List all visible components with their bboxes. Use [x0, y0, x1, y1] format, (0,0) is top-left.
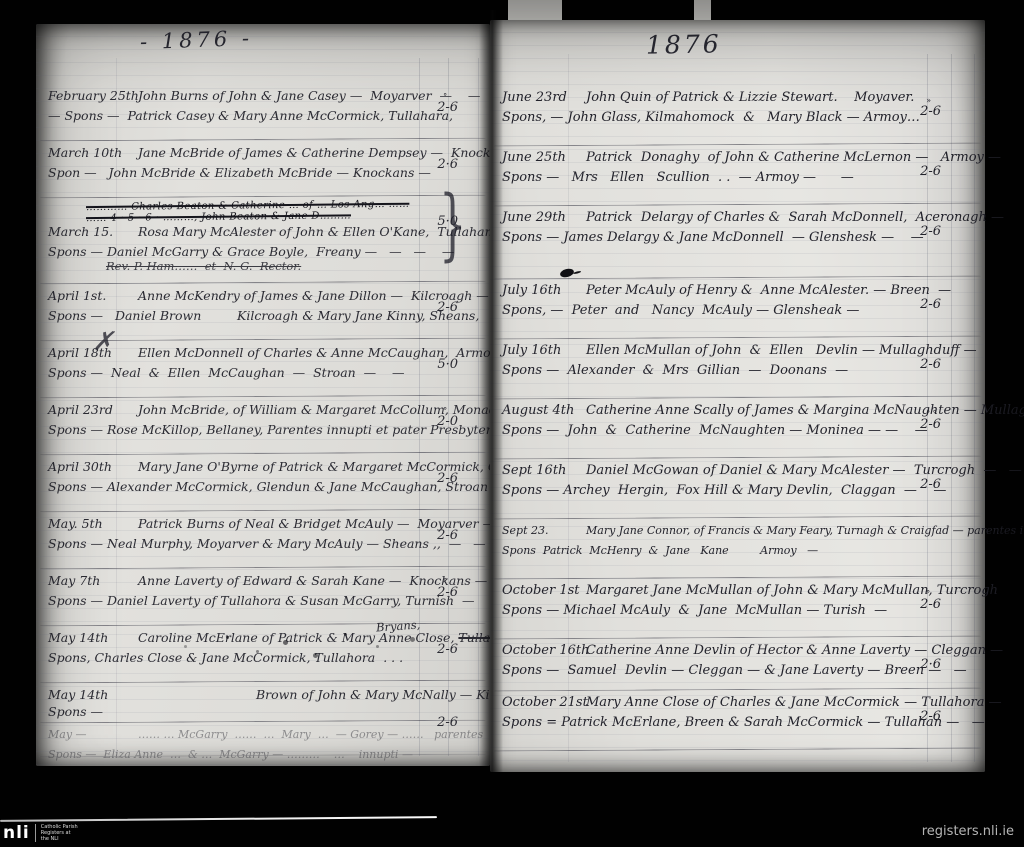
- entry-date: March 10th: [48, 145, 138, 160]
- entry-line-1: April 30thMary Jane O'Byrne of Patrick &…: [48, 457, 482, 474]
- entry-line-2: Spons — Alexander & Mrs Gillian — Doonan…: [502, 358, 977, 378]
- entry-line-1: July 16thEllen McMullan of John & Ellen …: [502, 341, 977, 358]
- entry-line-1: May 7thAnne Laverty of Edward & Sarah Ka…: [48, 571, 482, 588]
- entry-date: May 7th: [48, 573, 138, 588]
- fee-amount: 2-6°: [437, 585, 458, 600]
- year-heading: 1876: [646, 29, 722, 59]
- fee-amount: 2-6°: [437, 100, 458, 115]
- entry-main-text: Peter McAuly of Henry & Anne McAlester. …: [586, 283, 951, 298]
- entry-date: Sept 16th: [502, 463, 586, 478]
- register-entry: May. 5thPatrick Burns of Neal & Bridget …: [48, 514, 482, 571]
- register-entry: August 4thCatherine Anne Scally of James…: [502, 401, 977, 461]
- fee-superscript: °: [926, 589, 930, 598]
- entry-line-2: — Spons — Patrick Casey & Mary Anne McCo…: [48, 103, 482, 123]
- entry-line-1: May 14thBrown of John & Mary McNally — K…: [48, 685, 482, 702]
- register-entry: April 30thMary Jane O'Byrne of Patrick &…: [48, 457, 482, 514]
- fee-amount: 2-6° °: [920, 417, 941, 432]
- entry-line-2: Spons — Neal & Ellen McCaughan — Stroan …: [48, 360, 482, 380]
- site-credit: registers.nli.ie: [922, 824, 1014, 839]
- entry-main-text: Patrick Delargy of Charles & Sarah McDon…: [586, 210, 1004, 225]
- entry-sponsors: Spons — Rose McKillop, Bellaney, Parente…: [48, 422, 538, 437]
- entry-sponsors: Spons — John & Catherine McNaughten — Mo…: [502, 423, 928, 438]
- entry-line-1: June 25thPatrick Donaghy of John & Cathe…: [502, 148, 977, 165]
- entry-date: October 21st: [502, 695, 586, 710]
- register-entry: July 16thPeter McAuly of Henry & Anne Mc…: [502, 281, 977, 341]
- entry-line-2: Spons, — John Glass, Kilmahomock & Mary …: [502, 105, 977, 125]
- register-entry: June 23rdJohn Quin of Patrick & Lizzie S…: [502, 88, 977, 148]
- entry-line-2: Spons — Archey Hergin, Fox Hill & Mary D…: [502, 478, 977, 498]
- entry-line-2: Spons, Charles Close & Jane McCormick, T…: [48, 645, 482, 665]
- entry-date: February 25th: [48, 88, 138, 103]
- entry-sponsors: Spons — Neal & Ellen McCaughan — Stroan …: [48, 365, 405, 380]
- nli-logo: nli Catholic Parish Registers at the NLI: [3, 824, 78, 842]
- entry-line-1: Sept 23.Mary Jane Connor, of Francis & M…: [502, 521, 977, 538]
- entry-sponsors: Spons — Alexander & Mrs Gillian — Doonan…: [502, 363, 848, 378]
- entry-sponsors: Spons — Archey Hergin, Fox Hill & Mary D…: [502, 483, 946, 498]
- entry-main-text: Daniel McGowan of Daniel & Mary McAleste…: [586, 463, 1022, 478]
- entry-sponsors: Spons, — John Glass, Kilmahomock & Mary …: [502, 110, 920, 125]
- entry-date: June 23rd: [502, 90, 586, 105]
- fee-amount: 2-6: [920, 357, 941, 372]
- register-entry: Sept 23.Mary Jane Connor, of Francis & M…: [502, 521, 977, 581]
- entry-sponsors: Spons = Patrick McErlane, Breen & Sarah …: [502, 715, 985, 730]
- entry-line-1: March 10thJane McBride of James & Cather…: [48, 143, 482, 160]
- entry-date: Sept 23.: [502, 523, 586, 538]
- pen-cross-mark: ✗: [92, 327, 114, 357]
- entry-line-1: October 21stMary Anne Close of Charles &…: [502, 693, 977, 710]
- entry-main-text: John McBride, of William & Margaret McCo…: [138, 402, 531, 417]
- ink-speckles: [226, 636, 229, 639]
- entry-sponsors: Spons — Daniel McGarry & Grace Boyle, Fr…: [48, 244, 454, 259]
- register-entry: March 10thJane McBride of James & Cather…: [48, 143, 482, 200]
- fee-superscript: ° °: [926, 409, 937, 418]
- scratch-line: [0, 816, 437, 822]
- entry-sponsors: Spons, Charles Close & Jane McCormick, T…: [48, 650, 403, 665]
- entry-main-text: Caroline McErlane of Patrick & Mary Anne…: [138, 630, 458, 645]
- entry-sponsors: Spons — James Delargy & Jane McDonnell —…: [502, 230, 924, 245]
- register-entry: April 1st.Anne McKendry of James & Jane …: [48, 286, 482, 343]
- entry-line-1: June 29thPatrick Delargy of Charles & Sa…: [502, 208, 977, 225]
- entry-main-text: Mary Jane Connor, of Francis & Mary Fear…: [586, 524, 1024, 537]
- register-entry: October 21stMary Anne Close of Charles &…: [502, 693, 977, 753]
- nli-logo-caption: Catholic Parish Registers at the NLI: [41, 824, 78, 842]
- entry-extra-line: Rev. P. Ham…… et N. G. Rector.: [106, 259, 482, 274]
- fee-superscript: °: [443, 577, 447, 586]
- entry-main-text: John Burns of John & Jane Casey — Moyarv…: [138, 88, 480, 103]
- year-heading: - 1876 -: [140, 26, 254, 54]
- entry-sponsors: Spons — Alexander McCormick, Glendun & J…: [48, 479, 533, 494]
- entry-sponsors: Spons — Neal Murphy, Moyarver & Mary McA…: [48, 536, 486, 551]
- entry-date: May 14th: [48, 630, 138, 645]
- entry-sponsors: Spons — Daniel Brown Kilcroagh & Mary Ja…: [48, 308, 479, 323]
- entry-sponsors: Spons —: [48, 704, 103, 719]
- register-photo: - 1876 - February 25thJohn Burns of John…: [0, 0, 1024, 847]
- fee-amount: 5·0: [437, 357, 458, 372]
- entry-date: May —: [48, 727, 138, 742]
- register-entry: April 23rdJohn McBride, of William & Mar…: [48, 400, 482, 457]
- entry-date: March 15.: [48, 224, 138, 239]
- entry-line-1: June 23rdJohn Quin of Patrick & Lizzie S…: [502, 88, 977, 105]
- entry-line-2: Spons — Eliza Anne … & … McGarry — ……… ……: [48, 742, 482, 762]
- fee-amount: 2-6: [920, 224, 941, 239]
- fee-amount: 2-6: [920, 164, 941, 179]
- entry-date: July 16th: [502, 283, 586, 298]
- entry-sponsors: Spons — Samuel Devlin — Cleggan — & Jane…: [502, 663, 967, 678]
- entry-date: October 16th: [502, 643, 586, 658]
- fee-amount: 2-6»: [920, 104, 941, 119]
- entry-date: July 16th: [502, 343, 586, 358]
- fee-amount: 2-6: [437, 528, 458, 543]
- fee-superscript: °: [443, 406, 447, 415]
- fee-amount: 2-6: [437, 642, 458, 657]
- fee-amount: 2·6: [437, 157, 458, 172]
- register-entry: October 1stMargaret Jane McMullan of Joh…: [502, 581, 977, 641]
- entry-line-1: October 1stMargaret Jane McMullan of Joh…: [502, 581, 977, 598]
- fee-amount: 2-0°: [437, 414, 458, 429]
- entry-main-text: Mary Anne Close of Charles & Jane McCorm…: [586, 695, 1002, 710]
- register-entry: Bryans,May 14thCaroline McErlane of Patr…: [48, 628, 482, 685]
- entry-sponsors: Spons — Eliza Anne … & … McGarry — ……… ……: [48, 748, 413, 761]
- entry-line-1: July 16thPeter McAuly of Henry & Anne Mc…: [502, 281, 977, 298]
- entry-date: May. 5th: [48, 516, 138, 531]
- entry-line-2: Spons — Michael McAuly & Jane McMullan —…: [502, 598, 977, 618]
- entry-line-2: Spons — Daniel McGarry & Grace Boyle, Fr…: [48, 239, 482, 259]
- entry-date: April 1st.: [48, 288, 138, 303]
- entry-sponsors: Spons — Michael McAuly & Jane McMullan —…: [502, 603, 887, 618]
- entry-line-2: Spons — Rose McKillop, Bellaney, Parente…: [48, 417, 482, 437]
- fee-amount: 2-6: [920, 477, 941, 492]
- fee-superscript: »: [926, 96, 931, 105]
- entry-line-1: May. 5thPatrick Burns of Neal & Bridget …: [48, 514, 482, 531]
- entry-date: June 25th: [502, 150, 586, 165]
- register-entry: June 25thPatrick Donaghy of John & Cathe…: [502, 148, 977, 208]
- entry-line-1: Sept 16thDaniel McGowan of Daniel & Mary…: [502, 461, 977, 478]
- entry-line-2: Spons — Neal Murphy, Moyarver & Mary McA…: [48, 531, 482, 551]
- entry-line-1: February 25thJohn Burns of John & Jane C…: [48, 86, 482, 103]
- fee-amount: 2-6: [920, 709, 941, 724]
- entry-main-text: Ellen McMullan of John & Ellen Devlin — …: [586, 343, 977, 358]
- entry-line-2: Spons = Patrick McErlane, Breen & Sarah …: [502, 710, 977, 730]
- entry-line-1: October 16thCatherine Anne Devlin of Hec…: [502, 641, 977, 658]
- register-entry: ………… Charles Beaton & Catherine … of … L…: [48, 200, 482, 286]
- entry-line-1: April 1st.Anne McKendry of James & Jane …: [48, 286, 482, 303]
- right-page: 1876 June 23rdJohn Quin of Patrick & Liz…: [490, 20, 985, 772]
- entry-main-text: Catherine Anne Devlin of Hector & Anne L…: [586, 643, 1003, 658]
- entry-line-2: Spons — Samuel Devlin — Cleggan — & Jane…: [502, 658, 977, 678]
- entry-line-2: Spons — Mrs Ellen Scullion . . — Armoy —…: [502, 165, 977, 185]
- entry-line-2: Spons — James Delargy & Jane McDonnell —…: [502, 225, 977, 245]
- entry-main-text: …… … McGarry …… … Mary … — Gorey — …… pa…: [138, 728, 483, 741]
- entry-main-text: John Quin of Patrick & Lizzie Stewart. M…: [586, 90, 914, 105]
- entry-date: October 1st: [502, 583, 586, 598]
- entry-date: August 4th: [502, 403, 586, 418]
- entry-main-text: Anne Laverty of Edward & Sarah Kane — Kn…: [138, 573, 487, 588]
- left-page: - 1876 - February 25thJohn Burns of John…: [36, 24, 490, 766]
- entry-line-2: Spon — John McBride & Elizabeth McBride …: [48, 160, 482, 180]
- entry-main-text: Patrick Donaghy of John & Catherine McLe…: [586, 150, 1001, 165]
- register-entry: Sept 16thDaniel McGowan of Daniel & Mary…: [502, 461, 977, 521]
- entry-sponsors: Spons — Mrs Ellen Scullion . . — Armoy —…: [502, 170, 854, 185]
- entry-main-text: Margaret Jane McMullan of John & Mary Mc…: [586, 583, 998, 598]
- entry-line-1: May —…… … McGarry …… … Mary … — Gorey — …: [48, 725, 482, 742]
- fee-amount: 2-6: [437, 300, 458, 315]
- right-page-entries: June 23rdJohn Quin of Patrick & Lizzie S…: [502, 88, 977, 753]
- register-entry: October 16thCatherine Anne Devlin of Hec…: [502, 641, 977, 693]
- entry-sponsors: — Spons — Patrick Casey & Mary Anne McCo…: [48, 108, 453, 123]
- entry-line-2: Spons — Alexander McCormick, Glendun & J…: [48, 474, 482, 494]
- fee-amount: 2-6: [437, 471, 458, 486]
- entry-date: April 30th: [48, 459, 138, 474]
- entry-line-2: Spons —: [48, 702, 482, 719]
- entry-line-1: March 15.Rosa Mary McAlester of John & E…: [48, 222, 482, 239]
- entry-line-2: Spons, — Peter and Nancy McAuly — Glensh…: [502, 298, 977, 318]
- entry-sponsors: Spons, — Peter and Nancy McAuly — Glensh…: [502, 303, 859, 318]
- entry-sponsors: Spon — John McBride & Elizabeth McBride …: [48, 165, 431, 180]
- nli-brand-mark: nli: [3, 825, 30, 842]
- entry-sponsors: Spons Patrick McHenry & Jane Kane Armoy …: [502, 544, 818, 557]
- fee-amount: 2-6°: [920, 597, 941, 612]
- fee-superscript: °: [443, 92, 447, 101]
- entry-date: June 29th: [502, 210, 586, 225]
- entry-date: April 23rd: [48, 402, 138, 417]
- entry-line-2: Spons — Daniel Laverty of Tullahora & Su…: [48, 588, 482, 608]
- entry-line-2: Spons — Daniel Brown Kilcroagh & Mary Ja…: [48, 303, 482, 323]
- entry-line-1: August 4thCatherine Anne Scally of James…: [502, 401, 977, 418]
- entry-sponsors: Spons — Daniel Laverty of Tullahora & Su…: [48, 593, 475, 608]
- left-page-entries: February 25thJohn Burns of John & Jane C…: [48, 86, 482, 759]
- entry-date: May 14th: [48, 687, 138, 702]
- entry-main-text: Catherine Anne Scally of James & Margina…: [586, 403, 1024, 418]
- register-entry: May 14thBrown of John & Mary McNally — K…: [48, 685, 482, 725]
- margin-brace: }: [440, 186, 467, 264]
- entry-line-2: Spons Patrick McHenry & Jane Kane Armoy …: [502, 538, 977, 558]
- register-entry: May —…… … McGarry …… … Mary … — Gorey — …: [48, 725, 482, 759]
- register-entry: February 25thJohn Burns of John & Jane C…: [48, 86, 482, 143]
- register-entry: July 16thEllen McMullan of John & Ellen …: [502, 341, 977, 401]
- entry-line-2: Spons — John & Catherine McNaughten — Mo…: [502, 418, 977, 438]
- fee-amount: 2-6: [920, 297, 941, 312]
- entry-line-1: April 23rdJohn McBride, of William & Mar…: [48, 400, 482, 417]
- logo-divider: [35, 824, 36, 842]
- fee-amount: 2·6: [920, 657, 941, 672]
